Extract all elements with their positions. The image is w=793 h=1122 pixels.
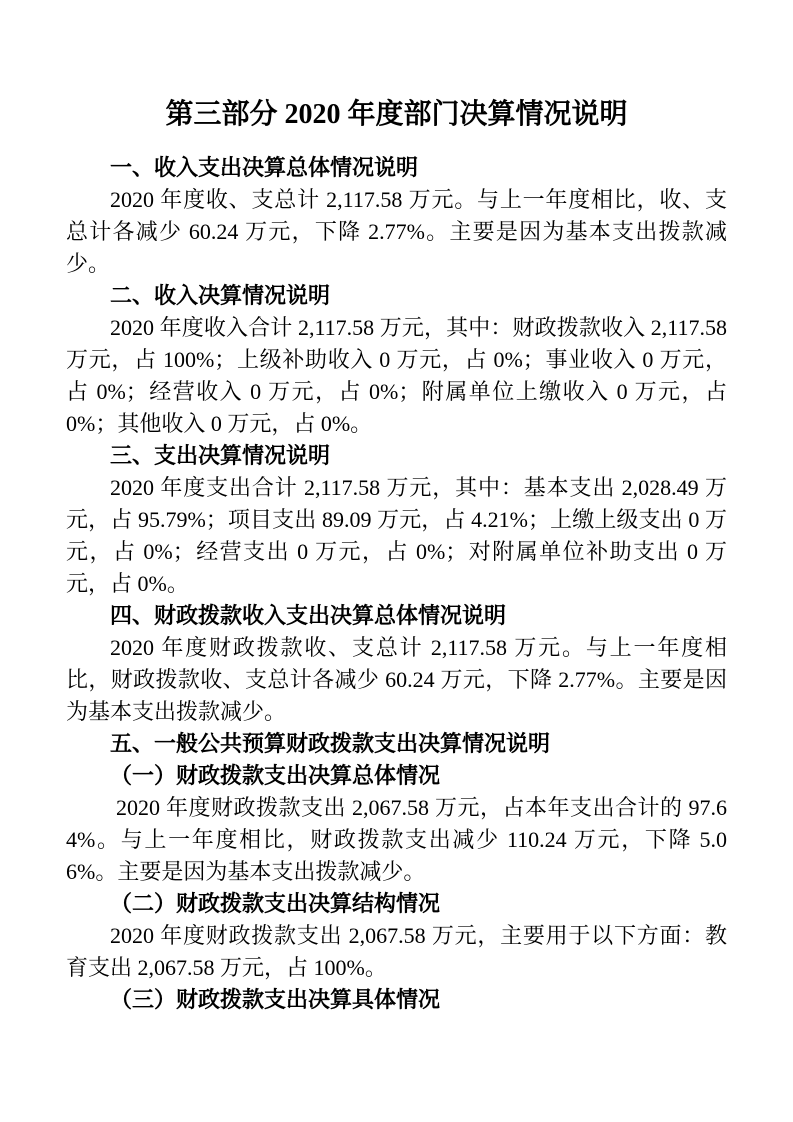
- section-heading-5: 五、一般公共预算财政拨款支出决算情况说明: [66, 728, 727, 760]
- subsection-heading-5-1: （一）财政拨款支出决算总体情况: [66, 760, 727, 792]
- section-heading-2: 二、收入决算情况说明: [66, 280, 727, 312]
- subsection-expenditure-detail: （三）财政拨款支出决算具体情况: [66, 984, 727, 1016]
- subsection-5-1-paragraph-1: 2020 年度财政拨款支出 2,067.58 万元，占本年支出合计的 97.64…: [66, 792, 727, 888]
- section-4-paragraph-1: 2020 年度财政拨款收、支总计 2,117.58 万元。与上一年度相比，财政拨…: [66, 632, 727, 728]
- section-heading-4: 四、财政拨款收入支出决算总体情况说明: [66, 600, 727, 632]
- section-3-paragraph-1: 2020 年度支出合计 2,117.58 万元，其中：基本支出 2,028.49…: [66, 472, 727, 600]
- subsection-5-2-paragraph-1: 2020 年度财政拨款支出 2,067.58 万元，主要用于以下方面：教育支出 …: [66, 920, 727, 984]
- section-income-accounts: 二、收入决算情况说明 2020 年度收入合计 2,117.58 万元，其中：财政…: [66, 280, 727, 440]
- section-heading-1: 一、收入支出决算总体情况说明: [66, 152, 727, 184]
- subsection-expenditure-overall: （一）财政拨款支出决算总体情况 2020 年度财政拨款支出 2,067.58 万…: [66, 760, 727, 888]
- section-income-expenditure-overview: 一、收入支出决算总体情况说明 2020 年度收、支总计 2,117.58 万元。…: [66, 152, 727, 280]
- section-2-paragraph-1: 2020 年度收入合计 2,117.58 万元，其中：财政拨款收入 2,117.…: [66, 312, 727, 440]
- document-title: 第三部分 2020 年度部门决算情况说明: [66, 92, 727, 138]
- section-heading-3: 三、支出决算情况说明: [66, 440, 727, 472]
- section-public-budget-expenditure: 五、一般公共预算财政拨款支出决算情况说明 （一）财政拨款支出决算总体情况 202…: [66, 728, 727, 1016]
- subsection-expenditure-structure: （二）财政拨款支出决算结构情况 2020 年度财政拨款支出 2,067.58 万…: [66, 888, 727, 984]
- section-1-paragraph-1: 2020 年度收、支总计 2,117.58 万元。与上一年度相比，收、支总计各减…: [66, 184, 727, 280]
- subsection-heading-5-2: （二）财政拨款支出决算结构情况: [66, 888, 727, 920]
- document-page: 第三部分 2020 年度部门决算情况说明 一、收入支出决算总体情况说明 2020…: [0, 0, 793, 1122]
- section-fiscal-appropriation-overview: 四、财政拨款收入支出决算总体情况说明 2020 年度财政拨款收、支总计 2,11…: [66, 600, 727, 728]
- subsection-heading-5-3: （三）财政拨款支出决算具体情况: [66, 984, 727, 1016]
- section-expenditure-accounts: 三、支出决算情况说明 2020 年度支出合计 2,117.58 万元，其中：基本…: [66, 440, 727, 600]
